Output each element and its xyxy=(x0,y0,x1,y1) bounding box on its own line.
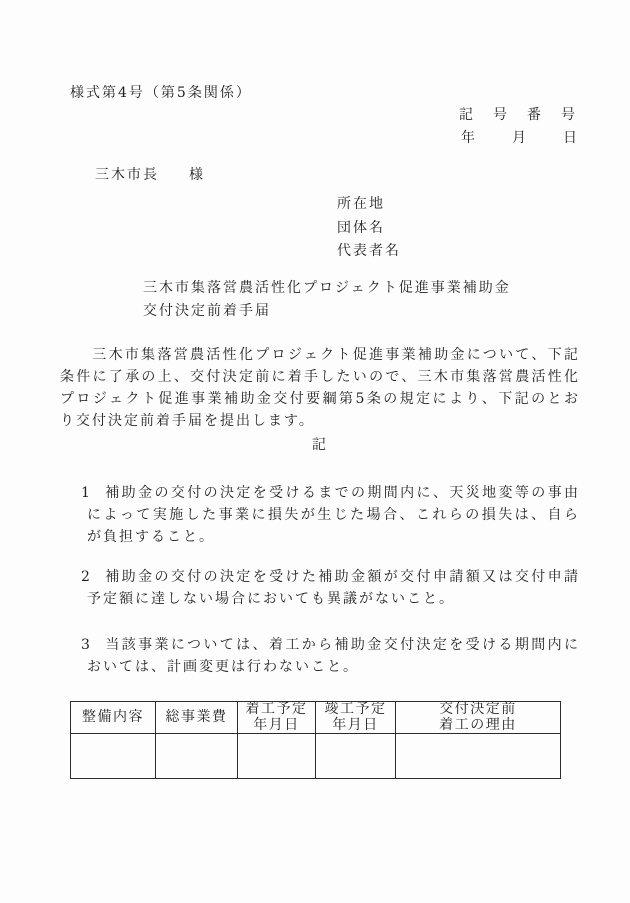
date-line: 年 月 日 xyxy=(461,127,580,149)
addressee-name: 三木市長 xyxy=(95,167,159,183)
cell-reason-for-pre-decision-start xyxy=(396,734,561,779)
reference-number-label: 記 号 番 号 xyxy=(459,104,578,126)
sender-field-representative: 代表者名 xyxy=(337,240,401,264)
header-planned-completion-date: 竣工予定 年月日 xyxy=(316,702,396,734)
header-total-project-cost: 総事業費 xyxy=(156,702,238,734)
condition-item-3-number: 3 xyxy=(81,637,105,653)
document-title-line1: 三木市集落営農活性化プロジェクト促進事業補助金 xyxy=(143,277,511,300)
header-reason-for-pre-decision-start: 交付決定前 着工の理由 xyxy=(396,702,561,734)
cell-planned-start-date xyxy=(238,734,316,779)
schedule-table-header-row: 整備内容 総事業費 着工予定 年月日 竣工予定 年月日 交付決定前 着工の理由 xyxy=(71,702,561,734)
condition-item-3-text: 当該事業については、着工から補助金交付決定を受ける期間内においては、計画変更は行… xyxy=(87,637,580,675)
schedule-table: 整備内容 総事業費 着工予定 年月日 竣工予定 年月日 交付決定前 着工の理由 xyxy=(70,701,561,779)
body-paragraph: 三木市集落営農活性化プロジェクト促進事業補助金について、下記条件に了承の上、交付… xyxy=(60,344,580,432)
sender-field-organization: 団体名 xyxy=(337,217,401,241)
condition-item-1-number: 1 xyxy=(81,485,105,501)
condition-item-2: 2補助金の交付の決定を受けた補助金額が交付申請額又は交付申請予定額に達しない場合… xyxy=(60,566,580,610)
form-number: 様式第4号（第5条関係） xyxy=(70,82,252,104)
cell-total-project-cost xyxy=(156,734,238,779)
cell-maintenance-content xyxy=(71,734,156,779)
condition-item-1: 1補助金の交付の決定を受けるまでの期間内に、天災地変等の事由によって実施した事業… xyxy=(60,482,580,548)
cell-planned-completion-date xyxy=(316,734,396,779)
document-title: 三木市集落営農活性化プロジェクト促進事業補助金 交付決定前着手届 xyxy=(143,277,511,323)
condition-item-1-text: 補助金の交付の決定を受けるまでの期間内に、天災地変等の事由によって実施した事業に… xyxy=(87,485,580,545)
record-marker: 記 xyxy=(60,434,580,456)
sender-field-address: 所在地 xyxy=(337,193,401,217)
schedule-table-empty-row xyxy=(71,734,561,779)
document-page: 様式第4号（第5条関係） 記 号 番 号 年 月 日 三木市長様 所在地 団体名… xyxy=(0,0,630,903)
document-title-line2: 交付決定前着手届 xyxy=(143,300,511,323)
header-maintenance-content: 整備内容 xyxy=(71,702,156,734)
sender-block: 所在地 団体名 代表者名 xyxy=(337,193,401,264)
condition-item-3: 3当該事業については、着工から補助金交付決定を受ける期間内においては、計画変更は… xyxy=(60,634,580,678)
condition-item-2-number: 2 xyxy=(81,569,105,585)
header-planned-start-date: 着工予定 年月日 xyxy=(238,702,316,734)
addressee-honorific: 様 xyxy=(189,167,205,183)
condition-item-2-text: 補助金の交付の決定を受けた補助金額が交付申請額又は交付申請予定額に達しない場合に… xyxy=(87,569,580,607)
addressee-line: 三木市長様 xyxy=(95,164,205,186)
